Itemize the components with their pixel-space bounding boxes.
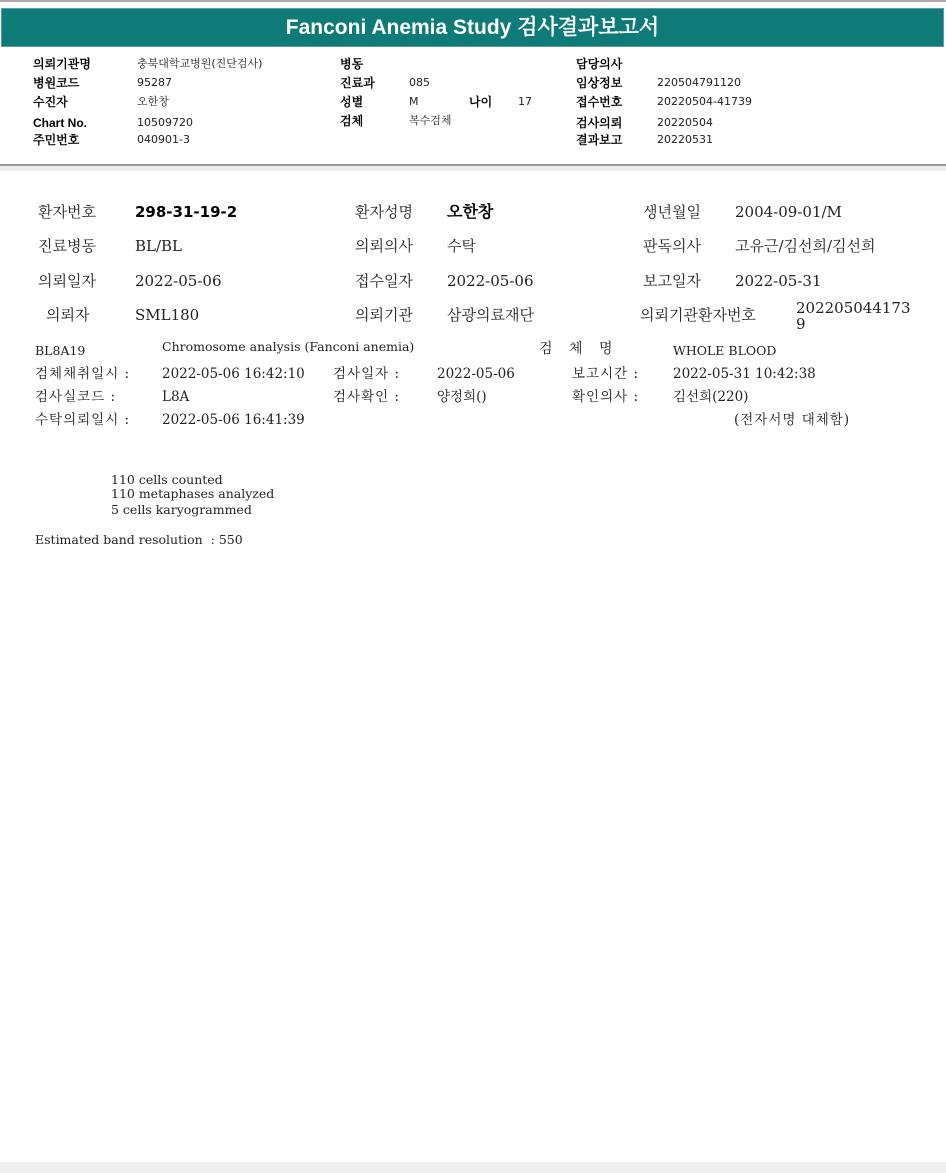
label-ref-org-patient-no: 의뢰기관환자번호 <box>640 306 756 324</box>
value-ref-doctor: 수탁 <box>447 237 476 255</box>
value-ref-org-patient-no-line1: 202205044173 <box>796 299 911 317</box>
label-test-date: 검사일자 : <box>333 366 400 382</box>
label-requester: 의뢰자 <box>46 306 89 324</box>
top-border <box>0 0 946 7</box>
label-patient-no: 환자번호 <box>38 203 96 221</box>
label-outsourced: 수탁의뢰일시 : <box>35 412 130 428</box>
value-patient-name: 오한창 <box>447 203 493 221</box>
value-patient-no: 298-31-19-2 <box>135 203 237 221</box>
value-confirm: 양정희() <box>437 389 487 405</box>
test-code: BL8A19 <box>35 343 85 359</box>
value-report-time: 2022-05-31 10:42:38 <box>673 366 816 382</box>
value-ref-date: 2022-05-06 <box>135 272 221 290</box>
label-patient-name: 환자성명 <box>355 203 413 221</box>
esign-note: (전자서명 대체함) <box>734 412 850 428</box>
result-band-resolution: Estimated band resolution : 550 <box>35 533 243 547</box>
report-title: Fanconi Anemia Study 검사결과보고서 <box>1 8 944 47</box>
value-outsourced: 2022-05-06 16:41:39 <box>162 412 305 428</box>
value-ref-org-patient-no-line2: 9 <box>796 315 806 333</box>
label-ward: 진료병동 <box>38 237 96 255</box>
label-ref-date: 의뢰일자 <box>38 272 96 290</box>
value-recv-date: 2022-05-06 <box>447 272 533 290</box>
value-birth: 2004-09-01/M <box>735 203 842 221</box>
label-birth: 생년월일 <box>643 203 701 221</box>
test-name: Chromosome analysis (Fanconi anemia) <box>162 339 414 355</box>
result-line-cells-counted: 110 cells counted <box>111 473 223 487</box>
label-specimen: 검 체 명 <box>539 341 618 357</box>
label-confirm-doctor: 확인의사 : <box>572 389 639 405</box>
label-confirm: 검사확인 : <box>333 389 400 405</box>
value-specimen: WHOLE BLOOD <box>673 343 776 359</box>
value-report-date: 2022-05-31 <box>735 272 821 290</box>
value-ref-org: 삼광의료재단 <box>447 306 534 324</box>
value-test-date: 2022-05-06 <box>437 366 515 382</box>
label-report-date: 보고일자 <box>643 272 701 290</box>
label-lab-code: 검사실코드 : <box>35 389 116 405</box>
value-requester: SML180 <box>135 306 199 324</box>
label-ref-org: 의뢰기관 <box>355 306 413 324</box>
divider-shade <box>0 166 946 171</box>
page-bottom-shade <box>0 1162 946 1173</box>
label-collect: 검체채취일시 : <box>35 366 130 382</box>
value-lab-code: L8A <box>162 389 189 405</box>
value-ward: BL/BL <box>135 237 182 255</box>
result-line-metaphases: 110 metaphases analyzed <box>111 487 274 501</box>
label-recv-date: 접수일자 <box>355 272 413 290</box>
result-line-karyogrammed: 5 cells karyogrammed <box>111 503 252 517</box>
label-report-time: 보고시간 : <box>572 366 639 382</box>
value-reading-doctor: 고유근/김선희/김선희 <box>735 237 876 255</box>
label-ref-doctor: 의뢰의사 <box>355 237 413 255</box>
label-reading-doctor: 판독의사 <box>643 237 701 255</box>
value-collect: 2022-05-06 16:42:10 <box>162 366 305 382</box>
value-confirm-doctor: 김선희(220) <box>673 389 748 405</box>
